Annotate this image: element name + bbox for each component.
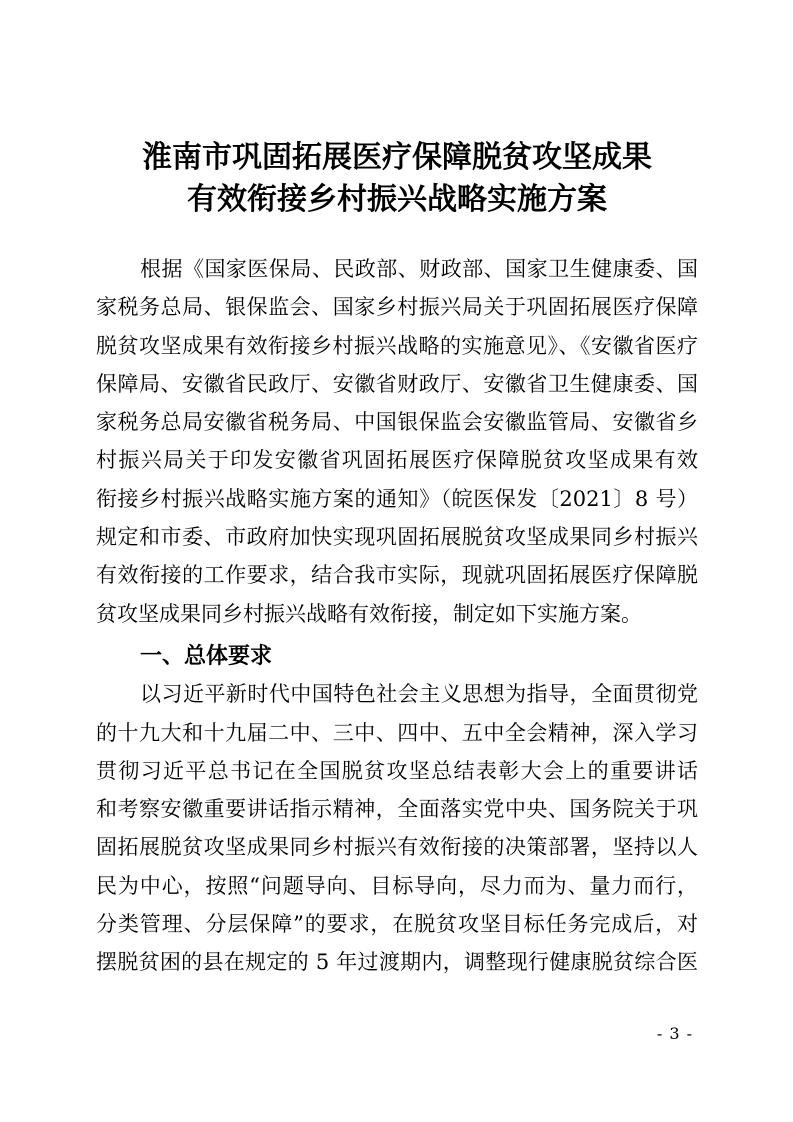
section-heading-1: 一、总体要求: [96, 637, 698, 675]
document-page: 淮南市巩固拓展医疗保障脱贫攻坚成果 有效衔接乡村振兴战略实施方案 根据《国家医保…: [0, 0, 793, 1122]
document-body: 根据《国家医保局、民政部、财政部、国家卫生健康委、国 家税务总局、银保监会、国家…: [96, 250, 698, 982]
paragraph-line: 贫攻坚成果同乡村振兴战略有效衔接，制定如下实施方案。: [96, 595, 698, 633]
paragraph-line: 脱贫攻坚成果有效衔接乡村振兴战略的实施意见》、《安徽省医疗: [96, 327, 698, 365]
document-title: 淮南市巩固拓展医疗保障脱贫攻坚成果 有效衔接乡村振兴战略实施方案: [96, 137, 698, 221]
paragraph-line: 衔接乡村振兴战略实施方案的通知》（皖医保发〔2021〕8 号）: [96, 480, 698, 518]
paragraph-line: 有效衔接的工作要求，结合我市实际，现就巩固拓展医疗保障脱: [96, 556, 698, 594]
document-title-line-2: 有效衔接乡村振兴战略实施方案: [96, 179, 698, 221]
paragraph-line: 摆脱贫困的县在规定的 5 年过渡期内，调整现行健康脱贫综合医: [96, 943, 698, 981]
document-title-line-1: 淮南市巩固拓展医疗保障脱贫攻坚成果: [96, 137, 698, 179]
paragraph-line: 根据《国家医保局、民政部、财政部、国家卫生健康委、国: [96, 250, 698, 288]
paragraph-line: 固拓展脱贫攻坚成果同乡村振兴有效衔接的决策部署，坚持以人: [96, 828, 698, 866]
paragraph-line: 的十九大和十九届二中、三中、四中、五中全会精神，深入学习: [96, 714, 698, 752]
paragraph-line: 贯彻习近平总书记在全国脱贫攻坚总结表彰大会上的重要讲话: [96, 752, 698, 790]
paragraph-line: 家税务总局安徽省税务局、中国银保监会安徽监管局、安徽省乡: [96, 403, 698, 441]
paragraph-2: 以习近平新时代中国特色社会主义思想为指导，全面贯彻党 的十九大和十九届二中、三中…: [96, 675, 698, 981]
paragraph-line: 村振兴局关于印发安徽省巩固拓展医疗保障脱贫攻坚成果有效: [96, 441, 698, 479]
paragraph-line: 分类管理、分层保障”的要求，在脱贫攻坚目标任务完成后，对: [96, 905, 698, 943]
page-number: - 3 -: [657, 1024, 693, 1043]
paragraph-line: 家税务总局、银保监会、国家乡村振兴局关于巩固拓展医疗保障: [96, 288, 698, 326]
paragraph-line: 和考察安徽重要讲话指示精神，全面落实党中央、国务院关于巩: [96, 790, 698, 828]
paragraph-line: 民为中心，按照“问题导向、目标导向，尽力而为、量力而行，: [96, 867, 698, 905]
paragraph-line: 保障局、安徽省民政厅、安徽省财政厅、安徽省卫生健康委、国: [96, 365, 698, 403]
paragraph-line: 规定和市委、市政府加快实现巩固拓展脱贫攻坚成果同乡村振兴: [96, 518, 698, 556]
paragraph-1: 根据《国家医保局、民政部、财政部、国家卫生健康委、国 家税务总局、银保监会、国家…: [96, 250, 698, 633]
paragraph-line: 以习近平新时代中国特色社会主义思想为指导，全面贯彻党: [96, 675, 698, 713]
